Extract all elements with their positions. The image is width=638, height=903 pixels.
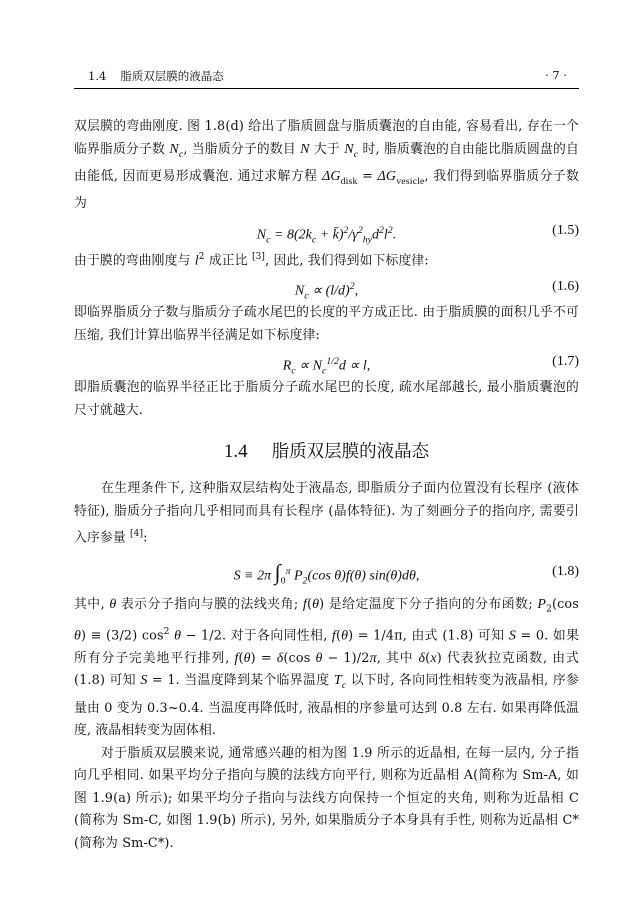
- equation-number: (1.8): [552, 550, 579, 594]
- section-title: 脂质双层膜的液晶态: [272, 442, 430, 462]
- running-header: 1.4脂质双层膜的液晶态 · 7 ·: [74, 68, 579, 86]
- header-section-title: 脂质双层膜的液晶态: [120, 69, 224, 83]
- paragraph-1: 双层膜的弯曲刚度. 图 1.8(d) 给出了脂质圆盘与脂质囊泡的自由能, 容易看…: [74, 116, 579, 216]
- page-body: 双层膜的弯曲刚度. 图 1.8(d) 给出了脂质圆盘与脂质囊泡的自由能, 容易看…: [74, 116, 579, 855]
- equation-formula: Nc = 8(2kc + k̄)2/γ2hyd2l2.: [74, 216, 579, 255]
- equation-number: (1.6): [552, 272, 579, 302]
- section-heading: 1.4脂质双层膜的液晶态: [74, 426, 579, 478]
- equation-formula: Nc ∝ (l/d)2,: [74, 272, 579, 311]
- header-rule: [74, 88, 579, 89]
- equation-formula: Rc ∝ Nc1/2d ∝ l,: [74, 347, 579, 386]
- header-section-number: 1.4: [88, 69, 106, 83]
- paragraph-6: 其中, θ 表示分子指向与膜的法线夹角; f(θ) 是给定温度下分子指向的分布函…: [74, 594, 579, 743]
- equation-number: (1.7): [552, 347, 579, 377]
- section-number: 1.4: [224, 441, 248, 462]
- equation-1-5: Nc = 8(2kc + k̄)2/γ2hyd2l2. (1.5): [74, 216, 579, 246]
- equation-1-6: Nc ∝ (l/d)2, (1.6): [74, 272, 579, 302]
- paragraph-7: 对于脂质双层膜来说, 通常感兴趣的相为图 1.9 所示的近晶相, 在每一层内, …: [74, 743, 579, 856]
- paragraph-5: 在生理条件下, 这种脂双层结构处于液晶态, 即脂质分子面内位置没有长程序 (液体…: [74, 478, 579, 550]
- equation-1-8: S ≡ 2π ∫0π P2(cos θ)f(θ) sin(θ)dθ, (1.8): [74, 550, 579, 594]
- equation-1-7: Rc ∝ Nc1/2d ∝ l, (1.7): [74, 347, 579, 377]
- equation-formula: S ≡ 2π ∫0π P2(cos θ)f(θ) sin(θ)dθ,: [74, 550, 579, 603]
- equation-number: (1.5): [552, 216, 579, 246]
- page: 1.4脂质双层膜的液晶态 · 7 · 双层膜的弯曲刚度. 图 1.8(d) 给出…: [0, 0, 638, 903]
- running-header-title: 1.4脂质双层膜的液晶态: [88, 68, 224, 84]
- page-number: · 7 ·: [545, 68, 567, 82]
